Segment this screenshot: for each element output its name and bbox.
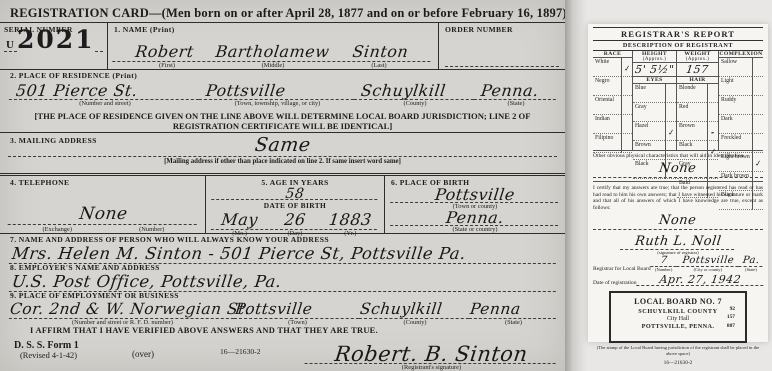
employment-line: Cor. 2nd & W. Norwegian St. (Number and … [10, 300, 557, 326]
board-label: Registrar for Local Board [593, 266, 651, 272]
residence-state: Penna. (State) [475, 81, 557, 107]
hair-gray-check [707, 160, 718, 179]
complexion-sallow-label: Sallow [719, 58, 752, 77]
race-column: RACE White✓ Negro Oriental Indian Filipi… [593, 51, 633, 150]
name-first: Robert [112, 42, 216, 61]
serial-number-value: 2021 [17, 29, 95, 52]
race-white-check: ✓ [621, 58, 632, 77]
complexion-ruddy-check [752, 96, 763, 115]
check-mark: ✓ [623, 65, 631, 74]
weight-value: 157 [685, 63, 709, 76]
order-number-value [445, 34, 559, 66]
check-mark: ✓ [709, 148, 717, 157]
race-negro-label: Negro [593, 77, 621, 96]
complexion-row-sallow: Sallow [719, 58, 763, 77]
certification-exception-value: None [593, 211, 763, 230]
stamp-line3: City Hall [611, 315, 745, 322]
registration-card: REGISTRATION CARD—(Men born on or after … [0, 0, 565, 371]
complexion-light-brown-check: ✓ [752, 153, 763, 172]
board-number-sublabel: (Number) [651, 267, 677, 272]
exchange-sublabel: (Exchange) [10, 226, 105, 233]
hair-blonde-label: Blonde [677, 84, 707, 103]
eyes-hazel-label: Hazel [633, 122, 665, 141]
name-handwriting: Robert Bartholamew Sinton [112, 34, 433, 62]
race-row-filipino: Filipino [593, 134, 632, 153]
number-sublabel: (Number) [105, 226, 200, 233]
local-board-row: Registrar for Local Board 7(Number) Pott… [593, 255, 763, 272]
form-id: D. S. S. Form 1 [14, 340, 132, 351]
age-value: 58 [211, 187, 379, 200]
check-mark: - [711, 129, 715, 137]
stamp-num2: 157 [727, 313, 735, 321]
height-eyes-column: HEIGHT(Approx.) 5' 5½" EYES Blue Gray Ha… [633, 51, 677, 150]
serial-number-box: SERIAL NUMBER U 2021 [0, 23, 107, 69]
draft-registration-scan: REGISTRATION CARD—(Men born on or after … [0, 0, 772, 371]
complexion-row-dark: Dark [719, 115, 763, 134]
race-white-label: White [593, 58, 621, 77]
race-row-negro: Negro [593, 77, 632, 96]
complexion-freckled-label: Freckled [719, 134, 752, 153]
hair-brown-check: - [707, 122, 718, 141]
board-state-seg: Pa.(State) [739, 256, 763, 272]
middle-sublabel: (Middle) [220, 62, 326, 69]
employment-town: Pottsville (Town) [235, 300, 360, 326]
residence-street-value: 501 Pierce St. [9, 81, 201, 100]
stamp-instruction-note: (The stamp of the Local Board having jur… [593, 343, 763, 357]
telephone-label: 4. TELEPHONE [10, 178, 199, 187]
print-code: 16—21630-2 [220, 340, 306, 371]
order-number-label: ORDER NUMBER [445, 25, 559, 34]
description-table: RACE White✓ Negro Oriental Indian Filipi… [593, 51, 763, 151]
complexion-header: COMPLEXION [719, 51, 763, 58]
birthplace-town-value: Pottsville [390, 187, 560, 203]
name-middle: Bartholamew [214, 42, 330, 61]
contact-section: 7. NAME AND ADDRESS OF PERSON WHO WILL A… [0, 234, 565, 262]
eyes-gray-check [665, 103, 676, 122]
hair-row-blonde: Blonde [677, 84, 718, 103]
weight-header: WEIGHT(Approx.) [677, 51, 718, 63]
eyes-blue-check [665, 84, 676, 103]
birthplace-state-value: Penna. [390, 210, 560, 226]
stamp-line4: POTTSVILLE, PENNA. [611, 322, 745, 330]
complexion-sallow-check [752, 58, 763, 77]
name-field: 1. NAME (Print) Robert Bartholamew Sinto… [107, 23, 439, 69]
date-value: Apr. 27, 1942 [636, 274, 764, 286]
telephone-sublabels: (Exchange) (Number) [10, 225, 199, 233]
employment-town-value: Pottsville [234, 300, 361, 319]
height-header: HEIGHT(Approx.) [633, 51, 676, 63]
serial-dotted-line [95, 38, 103, 52]
mailing-double-rule [0, 173, 565, 176]
eyes-blue-label: Blue [633, 84, 665, 103]
employment-state-sublabel: (State) [470, 319, 557, 326]
registrant-signature-block: Robert. B. Sinton (Registrant's signatur… [306, 340, 557, 371]
registrant-signature: Robert. B. Sinton [305, 340, 559, 364]
stamp-numbers: 92 157 807 [727, 305, 735, 329]
board-state-value: Pa. [738, 256, 763, 267]
birthplace-field: 6. PLACE OF BIRTH Pottsville (Town or co… [385, 176, 565, 233]
complexion-light-label: Light [719, 77, 752, 96]
jurisdiction-notice: [THE PLACE OF RESIDENCE GIVEN ON THE LIN… [0, 110, 565, 132]
last-sublabel: (Last) [326, 62, 432, 69]
residence-street-sublabel: (Number and street) [10, 100, 200, 107]
employment-state: Penna (State) [470, 300, 557, 326]
employer-label: 8. EMPLOYER'S NAME AND ADDRESS [10, 263, 557, 272]
affirmation-text: I AFFIRM THAT I HAVE VERIFIED ABOVE ANSW… [0, 326, 565, 338]
hair-header: HAIR [677, 77, 718, 84]
right-panel: REGISTRAR'S REPORT DESCRIPTION OF REGIST… [565, 0, 772, 371]
report-print-code: 16—21630-2 [593, 357, 763, 366]
race-oriental-check [621, 96, 632, 115]
mailing-note: [Mailing address if other than place ind… [0, 157, 565, 165]
card-footer: D. S. S. Form 1 (Revised 4-1-42) (over) … [0, 338, 565, 371]
height-value: 5' 5½" [634, 63, 675, 76]
hair-blonde-check [707, 84, 718, 103]
hair-red-label: Red [677, 103, 707, 122]
employment-state-value: Penna [469, 300, 558, 319]
check-mark: ✓ [667, 129, 675, 138]
employment-town-sublabel: (Town) [235, 319, 360, 326]
dob-month: May [211, 210, 269, 229]
employment-county-sublabel: (County) [360, 319, 470, 326]
complexion-row-freckled: Freckled [719, 134, 763, 153]
order-number-line [445, 66, 559, 67]
race-filipino-check [621, 134, 632, 153]
employment-section: 9. PLACE OF EMPLOYMENT OR BUSINESS Cor. … [0, 290, 565, 326]
residence-state-value: Penna. [474, 81, 558, 100]
stamp-num3: 807 [727, 322, 735, 330]
telephone-value: None [8, 187, 202, 225]
weight-approx: (Approx.) [677, 57, 718, 62]
name-label: 1. NAME (Print) [114, 25, 432, 34]
registrar-signature: Ruth L. Noll [620, 234, 736, 250]
stamp-num1: 92 [727, 305, 735, 313]
race-indian-check [621, 115, 632, 134]
residence-county: Schuylkill (County) [355, 81, 475, 107]
dob-year: 1883 [322, 210, 380, 229]
race-row-oriental: Oriental [593, 96, 632, 115]
other-none-handwriting: None [658, 161, 697, 176]
employment-label: 9. PLACE OF EMPLOYMENT OR BUSINESS [10, 291, 557, 300]
stamp-line2: SCHUYLKILL COUNTY [611, 306, 745, 315]
date-label: Date of registration [593, 280, 637, 286]
telephone-field: 4. TELEPHONE None (Exchange) (Number) [0, 176, 205, 233]
form-id-block: D. S. S. Form 1 (Revised 4-1-42) [14, 340, 132, 371]
employer-value: U.S. Post Office, Pottsville, Pa. [9, 272, 558, 292]
race-filipino-label: Filipino [593, 134, 621, 153]
employment-street-sublabel: (Number and street or R. F. D. number) [10, 319, 235, 326]
board-number-value: 7 [650, 256, 677, 267]
first-sublabel: (First) [114, 62, 220, 69]
complexion-dark-check [752, 115, 763, 134]
employment-county-value: Schuylkill [359, 300, 471, 319]
report-title: REGISTRAR'S REPORT [593, 27, 763, 41]
height-approx: (Approx.) [633, 57, 676, 62]
name-sublabels: (First) (Middle) (Last) [114, 62, 432, 69]
complexion-row-ruddy: Ruddy [719, 96, 763, 115]
residence-label: 2. PLACE OF RESIDENCE (Print) [10, 71, 557, 80]
report-subtitle: DESCRIPTION OF REGISTRANT [593, 41, 763, 51]
eyes-gray-label: Gray [633, 103, 665, 122]
complexion-light-check [752, 77, 763, 96]
age-field: 5. AGE IN YEARS 58 DATE OF BIRTH May 26 … [205, 176, 385, 233]
race-indian-label: Indian [593, 115, 621, 134]
complexion-dark-label: Dark [719, 115, 752, 134]
weight-hair-column: WEIGHT(Approx.) 157 HAIR Blonde Red Brow… [677, 51, 719, 150]
residence-county-value: Schuylkill [354, 81, 476, 100]
board-city-seg: Pottsville(City or county) [677, 256, 739, 272]
residence-town: Pottsville (Town, township, village, or … [200, 81, 355, 107]
registrar-signature-block: Ruth L. Noll [593, 230, 763, 250]
race-header: RACE [593, 51, 632, 58]
birthplace-state-sublabel: (State or country) [391, 226, 559, 233]
order-number-box: ORDER NUMBER [439, 23, 565, 69]
check-mark: ✓ [754, 160, 762, 169]
race-row-white: White✓ [593, 58, 632, 77]
complexion-freckled-check [752, 134, 763, 153]
complexion-ruddy-label: Ruddy [719, 96, 752, 115]
dob-handwriting: May 26 1883 [211, 210, 379, 230]
hair-row-brown: Brown- [677, 122, 718, 141]
registration-date-row: Date of registration Apr. 27, 1942 [593, 272, 763, 286]
hair-brown-label: Brown [677, 122, 707, 141]
employer-section: 8. EMPLOYER'S NAME AND ADDRESS U.S. Post… [0, 262, 565, 290]
residence-line: 501 Pierce St. (Number and street) Potts… [10, 81, 557, 107]
residence-state-sublabel: (State) [475, 100, 557, 107]
eyes-row-gray: Gray [633, 103, 676, 122]
race-negro-check [621, 77, 632, 96]
hair-red-check [707, 103, 718, 122]
residence-town-value: Pottsville [199, 81, 356, 100]
employment-county: Schuylkill (County) [360, 300, 470, 326]
eyes-hazel-check: ✓ [665, 122, 676, 141]
name-last: Sinton [328, 42, 432, 61]
residence-section: 2. PLACE OF RESIDENCE (Print) 501 Pierce… [0, 70, 565, 110]
card-title: REGISTRATION CARD—(Men born on or after … [0, 0, 565, 22]
employment-street-value: Cor. 2nd & W. Norwegian St. [9, 300, 236, 319]
weight-value-cell: 157 [677, 63, 718, 77]
residence-town-sublabel: (Town, township, village, or city) [200, 100, 355, 107]
board-number-seg: 7(Number) [651, 256, 677, 272]
serial-number-line: U 2021 [4, 35, 103, 52]
telephone-age-birth-row: 4. TELEPHONE None (Exchange) (Number) 5.… [0, 176, 565, 234]
local-board-stamp: LOCAL BOARD NO. 7 SCHUYLKILL COUNTY City… [609, 291, 747, 343]
registrars-report-card: REGISTRAR'S REPORT DESCRIPTION OF REGIST… [588, 24, 768, 342]
eyes-row-hazel: Hazel✓ [633, 122, 676, 141]
board-state-sublabel: (State) [739, 267, 763, 272]
residence-street: 501 Pierce St. (Number and street) [10, 81, 200, 107]
over-note: (over) [132, 340, 220, 371]
residence-county-sublabel: (County) [355, 100, 475, 107]
serial-name-order-row: SERIAL NUMBER U 2021 1. NAME (Print) Rob… [0, 22, 565, 70]
other-characteristics-label: Other obvious physical characteristics t… [593, 151, 763, 159]
hair-row-red: Red [677, 103, 718, 122]
board-city-value: Pottsville [676, 256, 740, 267]
race-row-indian: Indian [593, 115, 632, 134]
contact-label: 7. NAME AND ADDRESS OF PERSON WHO WILL A… [10, 235, 557, 244]
stamp-line1: LOCAL BOARD NO. 7 [611, 297, 745, 306]
form-revision: (Revised 4-1-42) [14, 351, 132, 360]
race-oriental-label: Oriental [593, 96, 621, 115]
mailing-section: 3. MAILING ADDRESS Same [Mailing address… [0, 132, 565, 176]
dob-day: 26 [266, 210, 324, 229]
serial-prefix: U [4, 39, 17, 52]
height-value-cell: 5' 5½" [633, 63, 676, 77]
employment-street: Cor. 2nd & W. Norwegian St. (Number and … [10, 300, 235, 326]
contact-value: Mrs. Helen M. Sinton - 501 Pierce St, Po… [9, 244, 558, 264]
mailing-label: 3. MAILING ADDRESS [10, 136, 97, 145]
complexion-column: COMPLEXION Sallow Light Ruddy Dark Freck… [719, 51, 763, 150]
eyes-header: EYES [633, 77, 676, 84]
mailing-value: Same [253, 134, 311, 156]
eyes-row-blue: Blue [633, 84, 676, 103]
certify-none-handwriting: None [658, 213, 697, 228]
complexion-row-light: Light [719, 77, 763, 96]
board-city-sublabel: (City or county) [677, 267, 739, 272]
